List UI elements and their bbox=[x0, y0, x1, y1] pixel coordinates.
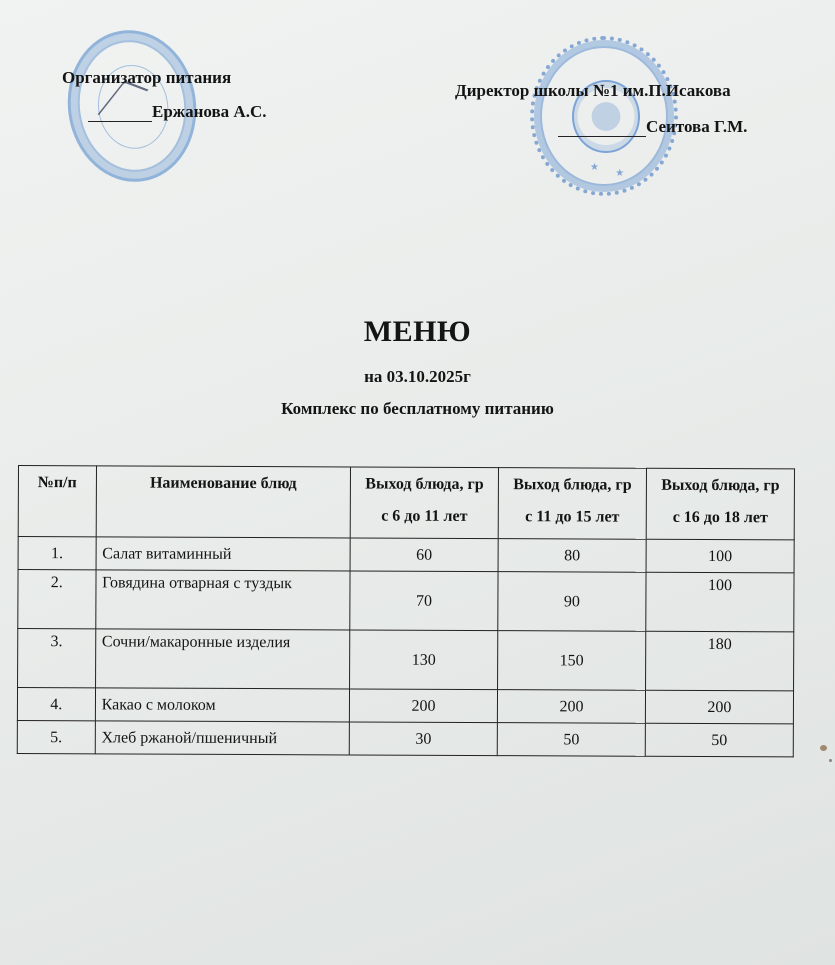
yield-11-15: 90 bbox=[498, 572, 646, 632]
header-yield-11-15: Выход блюда, гр с 11 до 15 лет bbox=[498, 468, 646, 540]
page-title: МЕНЮ bbox=[0, 315, 835, 349]
yield-6-11: 200 bbox=[349, 689, 497, 723]
document-page: ★ ★ Организатор питания Ержанова А.С. Ди… bbox=[0, 0, 835, 965]
yield-16-18: 50 bbox=[645, 723, 793, 757]
row-number: 4. bbox=[17, 688, 95, 721]
header-yield-6-11: Выход блюда, гр с 6 до 11 лет bbox=[350, 467, 498, 539]
yield-11-15: 50 bbox=[497, 723, 645, 757]
organizer-signature: Ержанова А.С. bbox=[88, 102, 266, 122]
yield-16-18: 100 bbox=[646, 572, 794, 632]
director-role: Директор школы №1 им.П.Исакова bbox=[455, 81, 731, 101]
header-number: №п/п bbox=[18, 466, 96, 537]
table-row: 4. Какао с молоком 200 200 200 bbox=[17, 688, 793, 724]
yield-11-15: 80 bbox=[498, 539, 646, 573]
director-signature: Сеитова Г.М. bbox=[558, 117, 747, 137]
header-age-range: с 11 до 15 лет bbox=[503, 504, 642, 531]
yield-16-18: 100 bbox=[646, 539, 794, 573]
dish-name: Хлеб ржаной/пшеничный bbox=[95, 721, 350, 755]
table-row: 5. Хлеб ржаной/пшеничный 30 50 50 bbox=[17, 720, 793, 756]
header-dish-name: Наименование блюд bbox=[96, 466, 351, 538]
yield-11-15: 150 bbox=[498, 631, 646, 691]
signature-line bbox=[558, 120, 646, 137]
yield-6-11: 30 bbox=[349, 722, 497, 756]
row-number: 5. bbox=[17, 720, 95, 753]
row-number: 1. bbox=[18, 537, 96, 570]
yield-6-11: 60 bbox=[350, 538, 498, 572]
yield-16-18: 180 bbox=[646, 631, 794, 691]
menu-subtitle: Комплекс по бесплатному питанию bbox=[0, 399, 835, 419]
menu-date: на 03.10.2025г bbox=[0, 367, 835, 387]
yield-11-15: 200 bbox=[497, 690, 645, 724]
header-yield-title: Выход блюда, гр bbox=[661, 477, 779, 495]
table-row: 1. Салат витаминный 60 80 100 bbox=[18, 537, 794, 573]
header-age-range: с 6 до 11 лет bbox=[355, 503, 494, 530]
dish-name: Салат витаминный bbox=[96, 537, 351, 571]
state-emblem-seal-icon: ★ ★ bbox=[530, 36, 678, 196]
yield-16-18: 200 bbox=[645, 690, 793, 724]
header-yield-16-18: Выход блюда, гр с 16 до 18 лет bbox=[646, 468, 794, 540]
table-header-row: №п/п Наименование блюд Выход блюда, гр с… bbox=[18, 466, 794, 540]
dish-name: Какао с молоком bbox=[95, 688, 350, 722]
header-yield-title: Выход блюда, гр bbox=[513, 476, 631, 494]
organizer-name: Ержанова А.С. bbox=[152, 102, 266, 122]
yield-6-11: 70 bbox=[350, 571, 498, 631]
table-row: 2. Говядина отварная с туздык 70 90 100 bbox=[18, 570, 794, 632]
director-name: Сеитова Г.М. bbox=[646, 117, 747, 137]
paper-stain bbox=[820, 745, 827, 751]
dish-name: Сочни/макаронные изделия bbox=[95, 629, 350, 689]
yield-6-11: 130 bbox=[350, 630, 498, 690]
row-number: 2. bbox=[18, 570, 96, 629]
header-age-range: с 16 до 18 лет bbox=[651, 505, 790, 532]
table-row: 3. Сочни/макаронные изделия 130 150 180 bbox=[18, 629, 794, 691]
dish-name: Говядина отварная с туздык bbox=[95, 570, 350, 630]
header-yield-title: Выход блюда, гр bbox=[365, 476, 483, 494]
signature-line bbox=[88, 105, 152, 122]
paper-stain bbox=[829, 759, 832, 762]
menu-table: №п/п Наименование блюд Выход блюда, гр с… bbox=[17, 465, 795, 757]
organizer-role: Организатор питания bbox=[62, 68, 231, 88]
row-number: 3. bbox=[18, 629, 96, 688]
